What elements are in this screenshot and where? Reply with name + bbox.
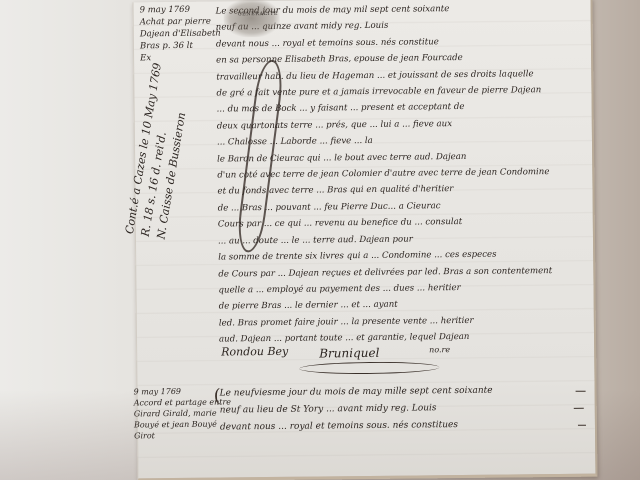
signature-block: Rondou Bey Bruniquel no.re xyxy=(219,338,579,382)
margin-note-line: Girot xyxy=(134,429,224,441)
margin-note-line: 9 may 1769 xyxy=(140,4,210,17)
signature-notary: Bruniquel xyxy=(319,346,379,361)
line-end-dash xyxy=(576,391,586,392)
act-one-text: Le second jour du mois de may mil sept c… xyxy=(216,0,580,348)
notary-title: no.re xyxy=(429,345,450,354)
line-end-dash xyxy=(574,408,584,409)
line-end-dash xyxy=(578,425,586,426)
text-line: devant nous ... royal et temoins sous. n… xyxy=(220,416,590,437)
manuscript-page: 9 may 1769 Achat par pierre Dajean d'Eli… xyxy=(133,0,598,480)
act-two-text: Le neufviesme jour du mois de may mille … xyxy=(220,382,591,437)
margin-note-line: Bouyé et jean Bouyé xyxy=(134,418,224,430)
margin-note-bottom: 9 may 1769 Accord et partage entre Girar… xyxy=(134,385,225,441)
margin-note-line: Achat par pierre xyxy=(140,16,210,29)
paraph-flourish xyxy=(299,361,439,374)
margin-note-line: Dajean d'Elisabeth xyxy=(140,28,210,41)
tax-stamp-seal: GENERALITE xyxy=(223,0,279,37)
margin-note-line: Bras p. 36 lt xyxy=(140,40,210,53)
margin-note-top: 9 may 1769 Achat par pierre Dajean d'Eli… xyxy=(140,4,211,65)
registration-note: Cont.é a Cazes le 10 May 1769 R. 18 s. 1… xyxy=(122,62,198,241)
signature-witness: Rondou Bey xyxy=(221,345,288,359)
stamp-label: GENERALITE xyxy=(238,11,278,17)
